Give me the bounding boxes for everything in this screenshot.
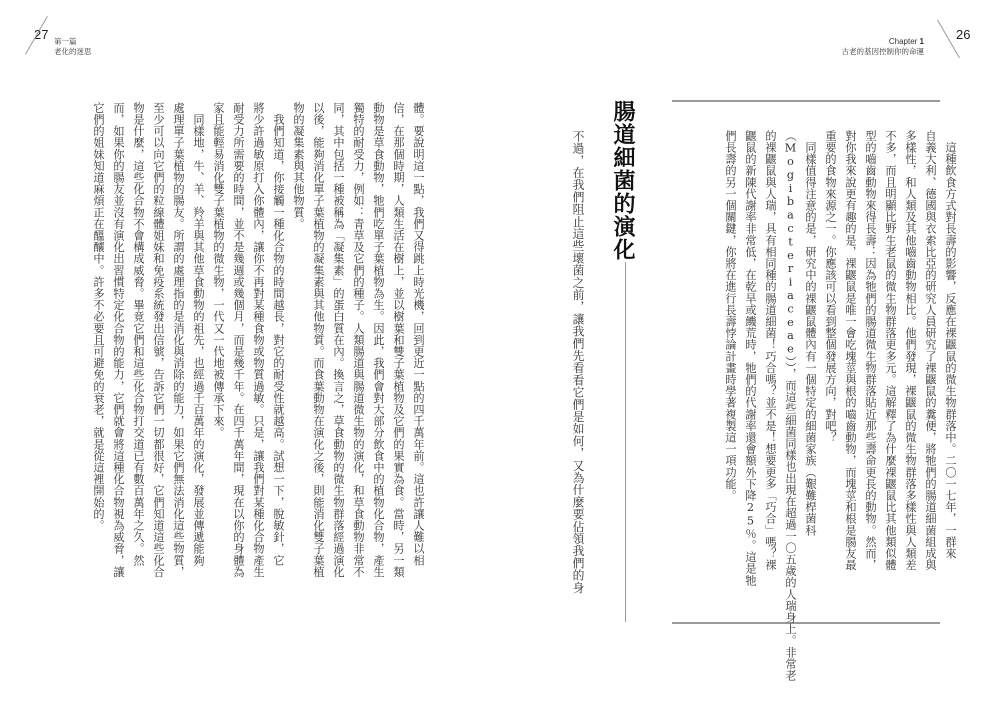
running-head: 第一篇 老化的迷思	[54, 37, 92, 57]
text-column: 家且能輕易消化雙子葉植物的微生物，一代又一代地被傳承下來。	[211, 102, 226, 438]
text-column: 這種飲食方式對長壽的影響，反應在裸鼴鼠的微生物群落中。二〇一七年，一群來	[943, 130, 958, 559]
text-column: 們長壽的另一個關鍵，你將在進行長壽悖論計畫時學著複製這一項功能。	[723, 130, 738, 501]
text-column: 物的凝集素與其他物質。	[291, 102, 306, 230]
running-head-title: 古老的基因控制你的命運	[842, 47, 925, 57]
text-column: 重要的食物來源之一。你應該可以看到整個發展方向，對吧？	[823, 130, 838, 443]
chapter-label: Chapter 1	[842, 37, 925, 47]
running-head-part: 第一篇	[54, 37, 92, 47]
section-heading: 腸道細菌的演化	[608, 100, 639, 261]
text-column: 同樣地，牛、羊、羚羊與其他草食動物的祖先，也經過千百萬年的演化，發展並傳遞能夠	[191, 102, 206, 566]
text-column: （Mogibacteriaceae）），而這些細菌同樣也出現在超過一〇五歲的人瑞…	[783, 130, 798, 681]
text-column: 多樣性，和人類及其他嚙齒動物相比。他們發現，裸鼴鼠的微生物群落多樣性與人類差	[903, 130, 918, 571]
text-column: 它們的姐妹知道麻煩正在醞釀中。許多不必要且可避免的衰老，就是從這裡開始的。	[91, 102, 106, 531]
text-column: 處理單子葉植物的腸友。所謂的處理指的是消化與消除的能力，如果它們無法消化這些物質…	[171, 102, 186, 578]
text-column: 體。要說明這一點，我們又得跳上時光機，回到更近一點的四千萬年前。這也許讓人難以相	[411, 102, 426, 566]
text-column: 動物是草食動物，牠們吃單子葉植物為生。因此，我們會對大部分飲食中的植物化合物，產…	[371, 102, 386, 578]
text-column: 信，在那個時期，人類生活在樹上，並以樹葉和雙子葉植物及它們的果實為食。當時，另一…	[391, 102, 406, 578]
text-column: 獨特的耐受力，例如：青草及它們的種子。人類腸道與腸道微生物的演化，和草食動物非常…	[351, 102, 366, 578]
text-column: 物是什麼，這些化合物不會構成威脅。畢竟它們和這些化合物打交道已有數百萬年之久。然	[131, 102, 146, 566]
text-column: 對你我來說更有趣的是，裸鼴鼠是唯一會吃塊莖與根的嚙齒動物，而塊莖和根是腸友最	[843, 130, 858, 571]
text-column: 我們知道，你接觸一種化合物的時間越長，對它的耐受性就越高。試想一下，脫敏針，它	[271, 102, 286, 566]
text-column: 同樣值得注意的是，研究中的裸鼴鼠體內有一個特定的細菌家族（艱難桿菌科	[803, 130, 818, 536]
text-column: 至少可以向它們的粒線體姐妹和免疫系統發出信號，告訴它們一切都很好，它們知道這些化…	[151, 102, 166, 578]
text-column: 以後，能夠消化單子葉植物的凝集素與其他物質。而食葉動物在演化之後，則能消化雙子葉…	[311, 102, 326, 578]
text-column: 同，其中包括一種被稱為「凝集素」的蛋白質在內。換言之，草食動物的微生物群落經過演…	[331, 102, 346, 578]
text-column: 不多，而且明顯比野生老鼠的微生物群落更多元。這解釋了為什麼裸鼴鼠比其他類似體	[883, 130, 898, 571]
text-column: 型的嚙齒動物來得長壽：因為牠們的腸道微生物群落貼近那些壽命更長的動物。然而，	[863, 130, 878, 571]
text-column: 的裸鼴鼠與人瑞，具有相同種的腸道細菌！巧合嗎？並不是！想要更多「巧合」嗎？裸	[763, 130, 778, 571]
page-number: 26	[956, 27, 970, 42]
text-column: 鼴鼠的新陳代謝率非常低，在乾旱或饑荒時，牠們的代謝率還會額外下降25％。這是牠	[743, 130, 758, 586]
text-column: 將少許過敏原打入你體內，讓你不再對某種食物或物質過敏。只是，讓我們對某種化合物產…	[251, 102, 266, 578]
chapter-number: 1	[920, 37, 924, 46]
running-head: Chapter 1 古老的基因控制你的命運	[842, 37, 925, 57]
box-bottom-rule	[672, 622, 940, 624]
box-top-rule	[672, 100, 940, 102]
running-head-title: 老化的迷思	[54, 47, 92, 57]
right-page: Chapter 1 古老的基因控制你的命運 26 這種飲食方式對長壽的影響，反應…	[500, 0, 1000, 710]
text-column: 自義大利、德國與衣索比亞的研究人員研究了裸鼴鼠的糞便，將牠們的腸道細菌組成與	[923, 130, 938, 571]
text-column: 耐受力所需要的時間，並不是幾週或幾個月，而是幾千年。在四千萬年間，現在以你的身體…	[231, 102, 246, 578]
heading-rule	[625, 262, 626, 622]
section-intro-text: 不過，在我們阻止這些壞菌之前，讓我們先看看它們是如何，又為什麼要佔領我們的身	[570, 130, 585, 594]
left-page: 27 第一篇 老化的迷思 體。要說明這一點，我們又得跳上時光機，回到更近一點的四…	[0, 0, 500, 710]
text-column: 而，如果你的腸友並沒有演化出習慣特定化合物的能力，它們就會將這種化合物視為威脅，…	[111, 102, 126, 578]
